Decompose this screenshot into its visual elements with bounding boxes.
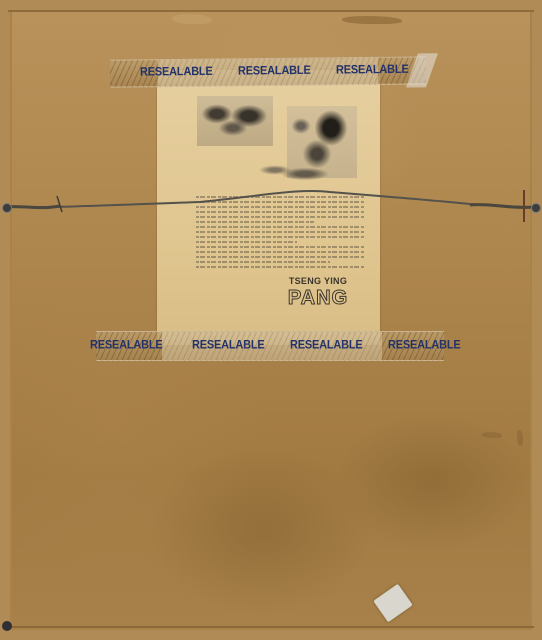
hanging-wire — [0, 0, 542, 640]
wire-screw-left — [2, 203, 12, 213]
nail-mark — [523, 190, 525, 222]
framed-artwork-back: TSENG YING PANG RESEALABLE RESEALABLE RE… — [0, 0, 542, 640]
felt-bumper — [2, 621, 12, 631]
wire-screw-right — [531, 203, 541, 213]
